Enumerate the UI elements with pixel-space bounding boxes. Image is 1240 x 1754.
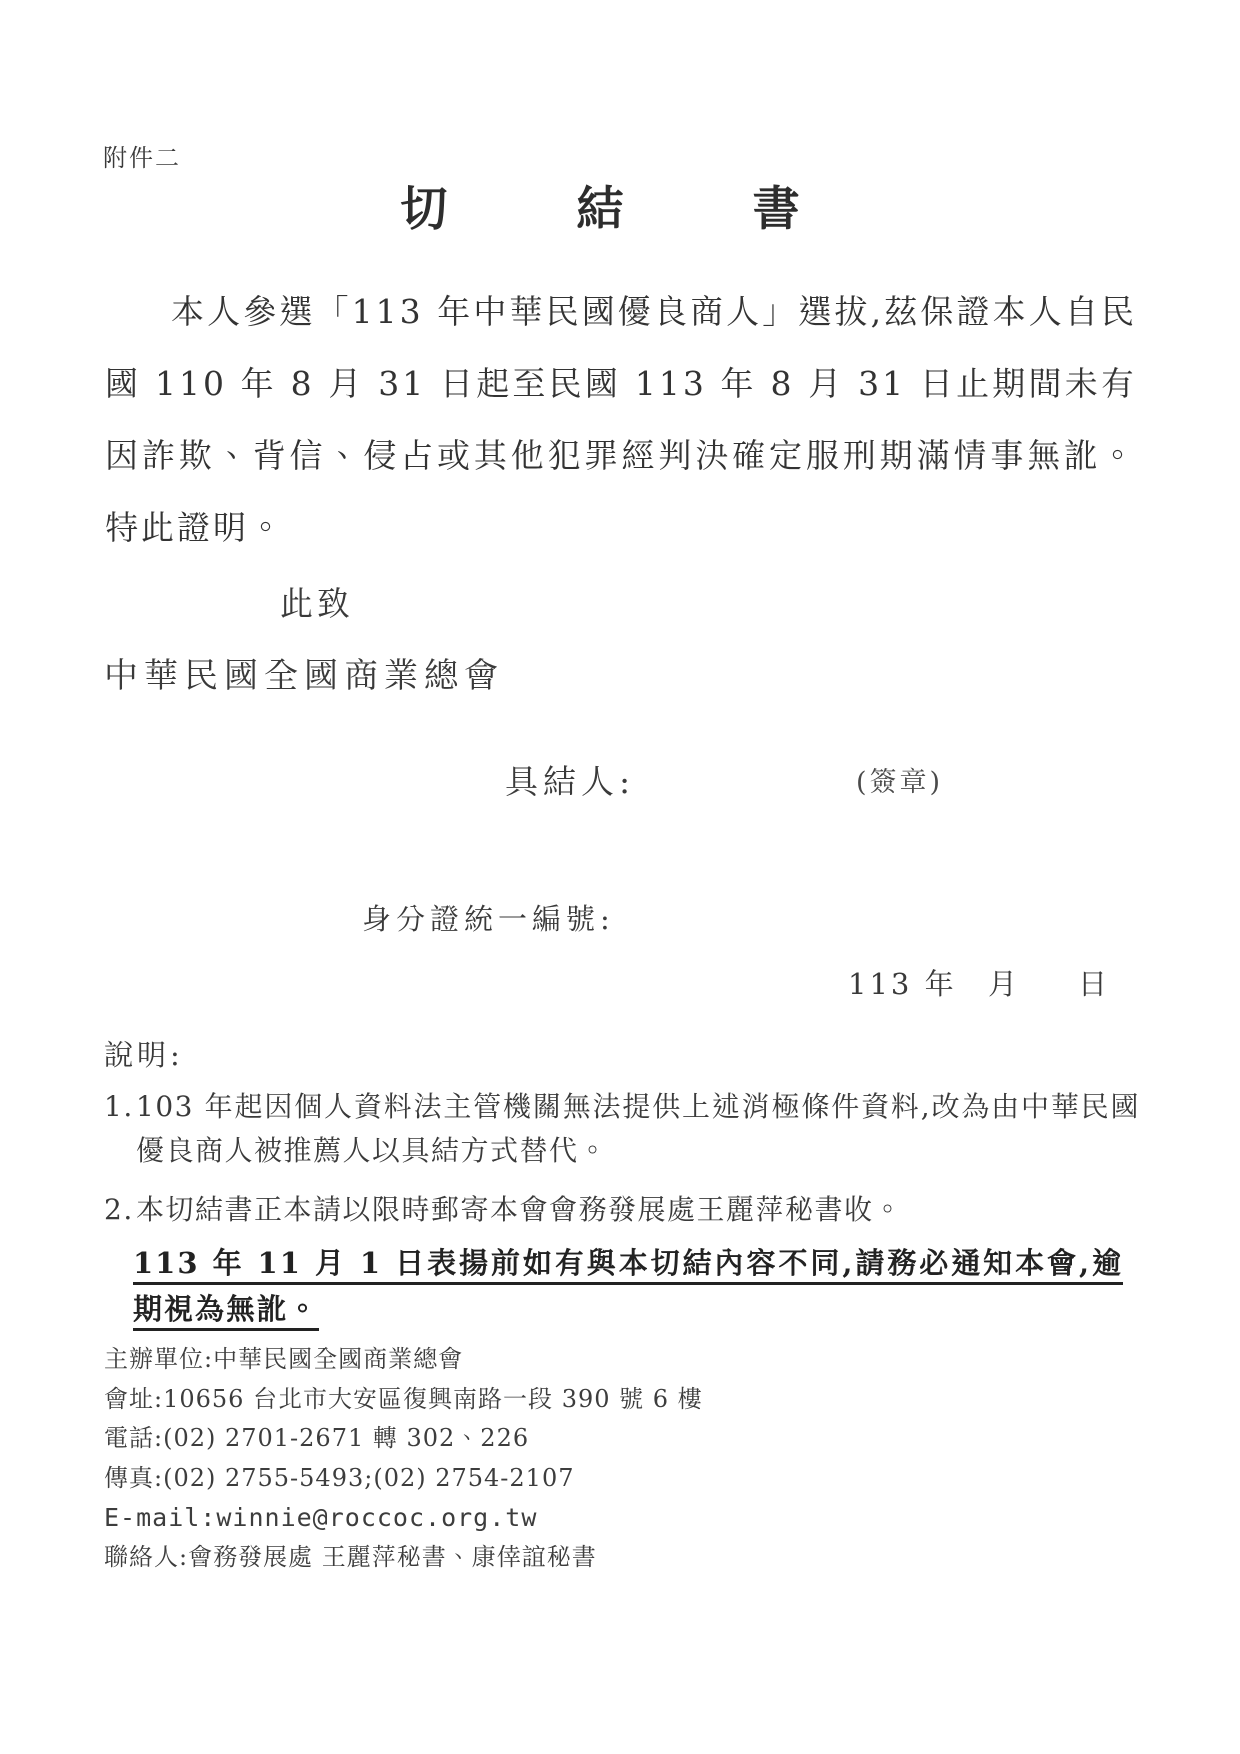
organizer-line: 主辦單位:中華民國全國商業總會 <box>104 1340 1134 1380</box>
contact-person-line: 聯絡人:會務發展處 王麗萍秘書、康倖誼秘書 <box>104 1538 1134 1578</box>
affidavit-document-page: 附件二 切 結 書 本人參選「113 年中華民國優良商人」選拔,茲保證本人自民國… <box>0 0 1240 1754</box>
date-day: 日 <box>1078 962 1107 1003</box>
attachment-label: 附件二 <box>103 138 181 173</box>
seal-label: (簽章) <box>856 760 943 799</box>
notes-heading: 說明: <box>104 1033 184 1074</box>
signer-row: 具結人: (簽章) <box>0 756 1240 800</box>
note-2-text: 本切結書正本請以限時郵寄本會會務發展處王麗萍秘書收。 <box>136 1193 903 1226</box>
signer-label: 具結人: <box>505 756 635 803</box>
note-1-text: 103 年起因個人資料法主管機關無法提供上述消極條件資料,改為由中華民國優良商人… <box>136 1090 1140 1167</box>
salutation: 此致 <box>280 578 354 625</box>
note-item-1: 1. 103 年起因個人資料法主管機關無法提供上述消極條件資料,改為由中華民國優… <box>104 1085 1140 1173</box>
date-year: 113 年 <box>848 962 957 1003</box>
note-1-number: 1. <box>104 1085 134 1129</box>
declaration-paragraph: 本人參選「113 年中華民國優良商人」選拔,茲保證本人自民國 110 年 8 月… <box>105 276 1137 564</box>
email-line: E-mail:winnie@roccoc.org.tw <box>104 1498 1134 1538</box>
date-line: 113 年 月 日 <box>0 962 1240 1002</box>
phone-line: 電話:(02) 2701-2671 轉 302、226 <box>104 1419 1134 1459</box>
fax-line: 傳真:(02) 2755-5493;(02) 2754-2107 <box>104 1459 1134 1499</box>
address-line: 會址:10656 台北市大安區復興南路一段 390 號 6 樓 <box>104 1380 1134 1420</box>
contact-info-block: 主辦單位:中華民國全國商業總會 會址:10656 台北市大安區復興南路一段 39… <box>104 1340 1134 1577</box>
note-2-number: 2. <box>104 1188 134 1232</box>
id-number-label: 身分證統一編號: <box>362 897 615 938</box>
document-title: 切 結 書 <box>0 172 1200 239</box>
addressee-organization: 中華民國全國商業總會 <box>104 648 504 697</box>
note-item-2: 2. 本切結書正本請以限時郵寄本會會務發展處王麗萍秘書收。 <box>104 1188 1140 1232</box>
date-month: 月 <box>988 962 1017 1003</box>
deadline-warning-text: 113 年 11 月 1 日表揚前如有與本切結內容不同,請務必通知本會,逾期視為… <box>133 1240 1123 1332</box>
